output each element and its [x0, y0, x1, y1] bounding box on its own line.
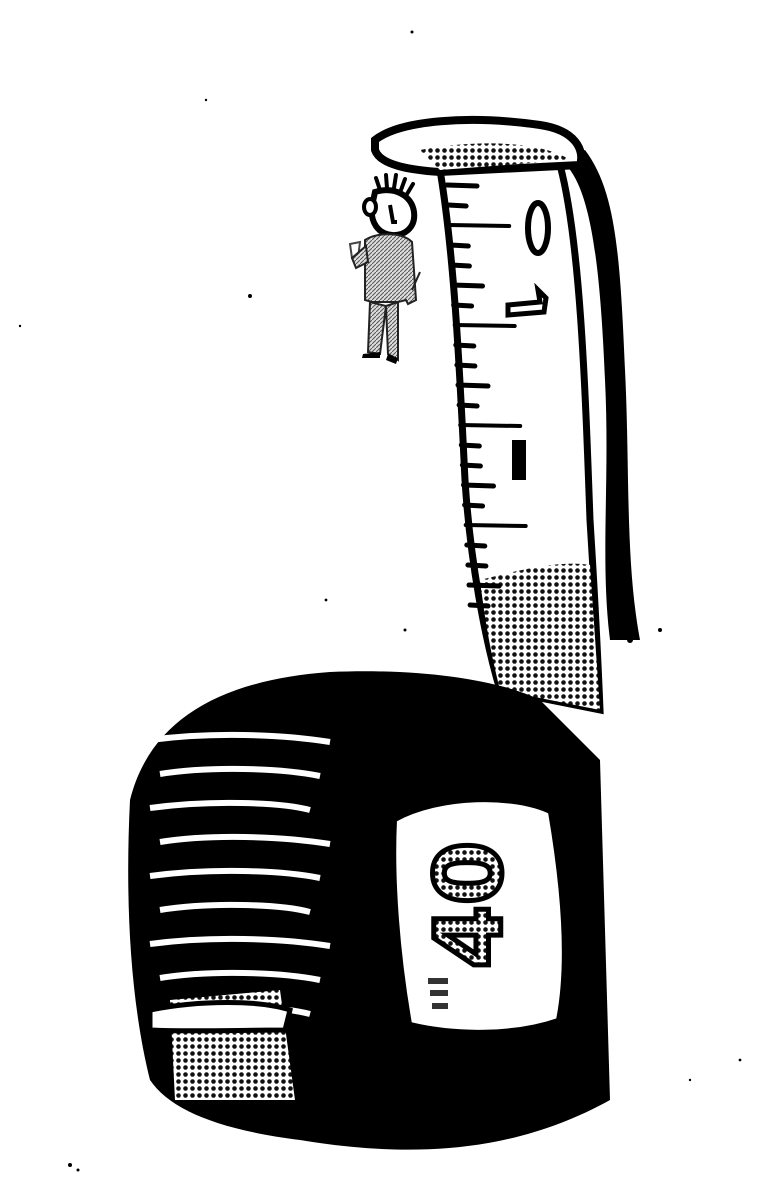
tape-case: 40: [128, 671, 610, 1149]
svg-text:40: 40: [415, 841, 522, 969]
tape-mark-2: [512, 440, 526, 480]
tiny-man-figure: [350, 175, 420, 364]
case-label: 40: [415, 841, 522, 969]
tape-measure-illustration: 40: [0, 0, 781, 1200]
